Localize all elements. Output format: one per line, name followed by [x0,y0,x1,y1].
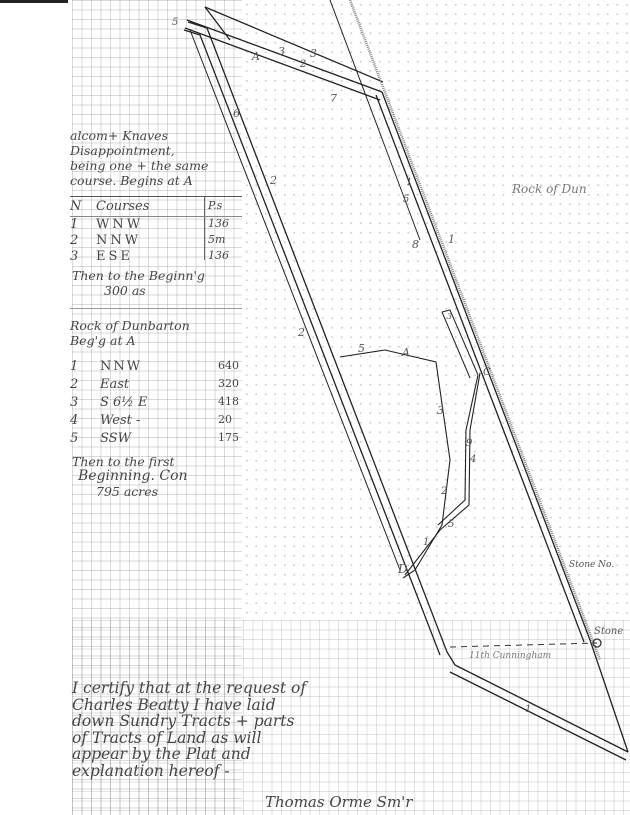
survey-plat-page: 5 A 3 3 2 7 6 2 2 1 5 8 1 3 5 A 3 C 9 4 … [0,0,630,815]
table-row: 2 East 320 [70,378,240,396]
certification-line: Charles Beatty I have laid [72,697,306,714]
stone-no-label: Stone No. [569,561,614,570]
plat-label-4: 4 [470,455,476,465]
dashed-line-label: 11th Cunningham [469,652,551,661]
row-number: 2 [70,378,78,391]
plat-label-3-top-a: 3 [278,46,285,57]
intro-line: Disappointment, [70,143,208,158]
row-course: SSW [100,432,131,445]
intro-line: course. Begins at A [70,173,208,188]
plat-label-3-small: 3 [447,313,452,321]
closing-acres: 300 as [72,283,205,298]
plat-label-9: 9 [466,439,472,449]
certification-text: I certify that at the request of Charles… [72,680,306,779]
closing-line: Then to the first [72,454,188,469]
row-course: NNW [96,234,141,247]
certification-line: of Tracts of Land as will [72,730,306,747]
plat-label-D: D [398,563,408,575]
plat-label-7: 7 [330,93,337,104]
row-number: 1 [70,360,78,373]
plat-label-A-top: A [252,51,260,62]
plat-label-8: 8 [412,239,419,250]
header-courses: Courses [96,200,149,213]
table2-title-line: Beg'g at A [70,333,190,348]
plat-label-1-right-a: 1 [406,178,412,188]
row-poles: 640 [218,360,239,371]
row-poles: 20 [218,414,232,425]
row-number: 3 [70,396,78,409]
row-poles: 320 [218,378,239,389]
intro-line: alcom+ Knaves [70,128,208,143]
row-course: East [100,378,129,391]
table2-title: Rock of Dunbarton Beg'g at A [70,318,190,348]
row-number: 5 [70,432,78,445]
row-course: S 6½ E [100,396,148,409]
surveyor-signature: Thomas Orme Sm'r [265,795,412,810]
closing-line: Then to the Beginn'g [72,268,205,283]
plat-label-C: C [483,368,491,378]
intro-line: being one + the same [70,158,208,173]
table1-closing: Then to the Beginn'g 300 as [72,268,205,298]
plat-label-3-top-b: 3 [310,48,317,59]
row-number: 1 [70,218,78,231]
rock-of-dunbarton-label: Rock of Dun [512,183,587,195]
table-row: 1 WNW 136 [70,218,240,234]
table-rule [70,308,242,309]
closing-line: Beginning. Con [72,469,188,484]
plat-label-2-top: 2 [300,60,306,70]
plat-label-2-left-a: 2 [270,175,277,186]
row-poles: 175 [218,432,239,443]
table2-closing: Then to the first Beginning. Con 795 acr… [72,454,188,499]
row-number: 3 [70,250,78,263]
row-poles: 136 [208,218,229,229]
plat-label-3-inner: 3 [437,405,444,416]
row-number: 4 [70,414,78,427]
table-row: 3 S 6½ E 418 [70,396,240,414]
certification-line: I certify that at the request of [72,680,306,697]
table-row: 5 SSW 175 [70,432,240,450]
header-poles: P.s [208,200,222,211]
plat-corner-label-5: 5 [172,18,178,28]
plat-label-1-bottom: 1 [525,705,531,715]
stone-label: Stone [594,627,623,637]
row-course: ESE [96,250,133,263]
row-course: WNW [96,218,143,231]
row-course: West - [100,414,140,427]
row-poles: 5m [208,234,225,245]
header-number: N [70,200,81,213]
plat-label-2-inner: 2 [441,487,447,497]
plat-label-1-inner: 1 [423,538,429,548]
plat-label-A-inner: A [402,347,410,358]
plat-label-6: 6 [233,108,240,119]
row-number: 2 [70,234,78,247]
table-row: 3 ESE 136 [70,250,240,266]
table2-title-line: Rock of Dunbarton [70,318,190,333]
table-row: 4 West - 20 [70,414,240,432]
plat-label-1-right-b: 1 [448,234,455,245]
intro-note: alcom+ Knaves Disappointment, being one … [70,128,208,188]
plat-label-5-inner: 5 [358,343,365,354]
certification-line: down Sundry Tracts + parts [72,713,306,730]
table-row: 2 NNW 5m [70,234,240,250]
closing-acres: 795 acres [72,484,188,499]
row-poles: 418 [218,396,239,407]
table-rule [70,196,242,197]
table-header-row: N Courses P.s [70,200,240,216]
plat-label-5-inner-b: 5 [448,520,454,530]
certification-line: explanation hereof - [72,763,306,780]
plat-label-5-right: 5 [403,195,409,205]
plat-label-2-left-b: 2 [298,327,305,338]
row-poles: 136 [208,250,229,261]
row-course: NNW [100,360,142,373]
table-row: 1 NNW 640 [70,360,240,378]
certification-line: appear by the Plat and [72,746,306,763]
